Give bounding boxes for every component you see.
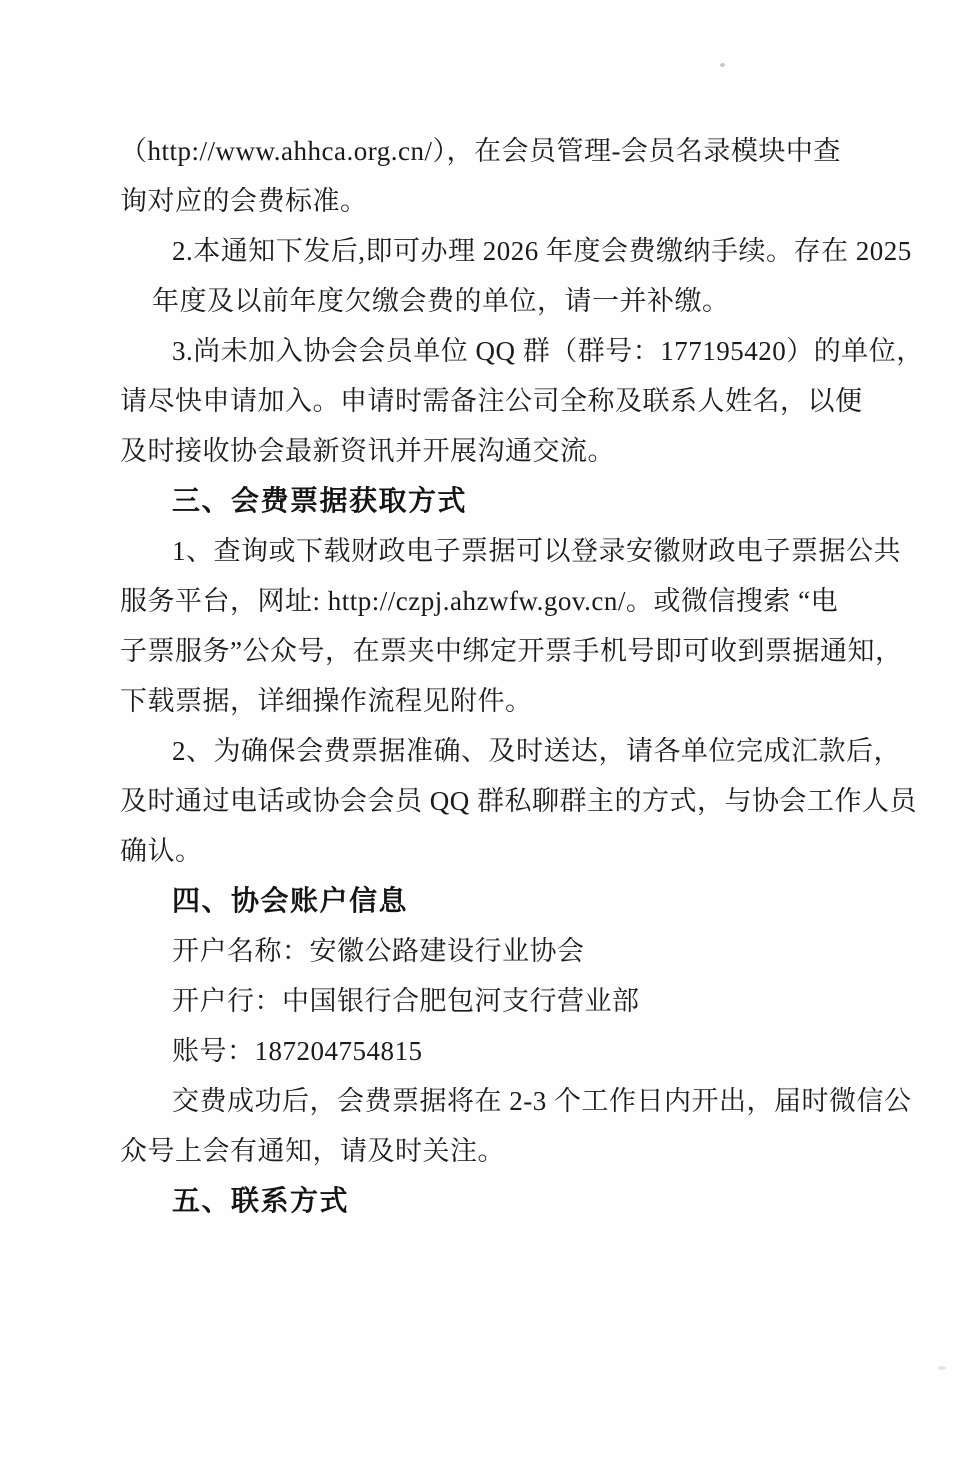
section-heading-5: 五、联系方式	[120, 1176, 880, 1226]
paragraph-line: 下载票据，详细操作流程见附件。	[120, 676, 880, 726]
paragraph-line: 及时通过电话或协会会员 QQ 群私聊群主的方式，与协会工作人员	[120, 776, 880, 826]
account-name-line: 开户名称：安徽公路建设行业协会	[120, 926, 880, 976]
paragraph-line: 2.本通知下发后,即可办理 2026 年度会费缴纳手续。存在 2025	[120, 226, 880, 276]
paragraph-line: 确认。	[120, 826, 880, 876]
paragraph-line: 服务平台，网址: http://czpj.ahzwfw.gov.cn/。或微信搜…	[120, 576, 880, 626]
scanned-document-page: （http://www.ahhca.org.cn/），在会员管理-会员名录模块中…	[0, 0, 966, 1475]
document-text-block: （http://www.ahhca.org.cn/），在会员管理-会员名录模块中…	[120, 126, 880, 1226]
paragraph-line: 请尽快申请加入。申请时需备注公司全称及联系人姓名，以便	[120, 376, 880, 426]
paragraph-line: （http://www.ahhca.org.cn/），在会员管理-会员名录模块中…	[120, 126, 880, 176]
paragraph-line: 询对应的会费标准。	[120, 176, 880, 226]
scan-speck	[938, 1366, 946, 1370]
paragraph-line: 3.尚未加入协会会员单位 QQ 群（群号：177195420）的单位，	[120, 326, 880, 376]
section-heading-3: 三、会费票据获取方式	[120, 476, 880, 526]
paragraph-line: 2、为确保会费票据准确、及时送达，请各单位完成汇款后，	[120, 726, 880, 776]
bank-name-line: 开户行：中国银行合肥包河支行营业部	[120, 976, 880, 1026]
paragraph-line: 及时接收协会最新资讯并开展沟通交流。	[120, 426, 880, 476]
paragraph-line: 交费成功后，会费票据将在 2-3 个工作日内开出，届时微信公	[120, 1076, 880, 1126]
paragraph-line: 1、查询或下载财政电子票据可以登录安徽财政电子票据公共	[120, 526, 880, 576]
paragraph-line: 子票服务”公众号，在票夹中绑定开票手机号即可收到票据通知，	[120, 626, 880, 676]
paragraph-line: 年度及以前年度欠缴会费的单位，请一并补缴。	[120, 276, 880, 326]
scan-speck	[720, 63, 725, 67]
section-heading-4: 四、协会账户信息	[120, 876, 880, 926]
account-number-line: 账号：187204754815	[120, 1026, 880, 1076]
paragraph-line: 众号上会有通知，请及时关注。	[120, 1126, 880, 1176]
